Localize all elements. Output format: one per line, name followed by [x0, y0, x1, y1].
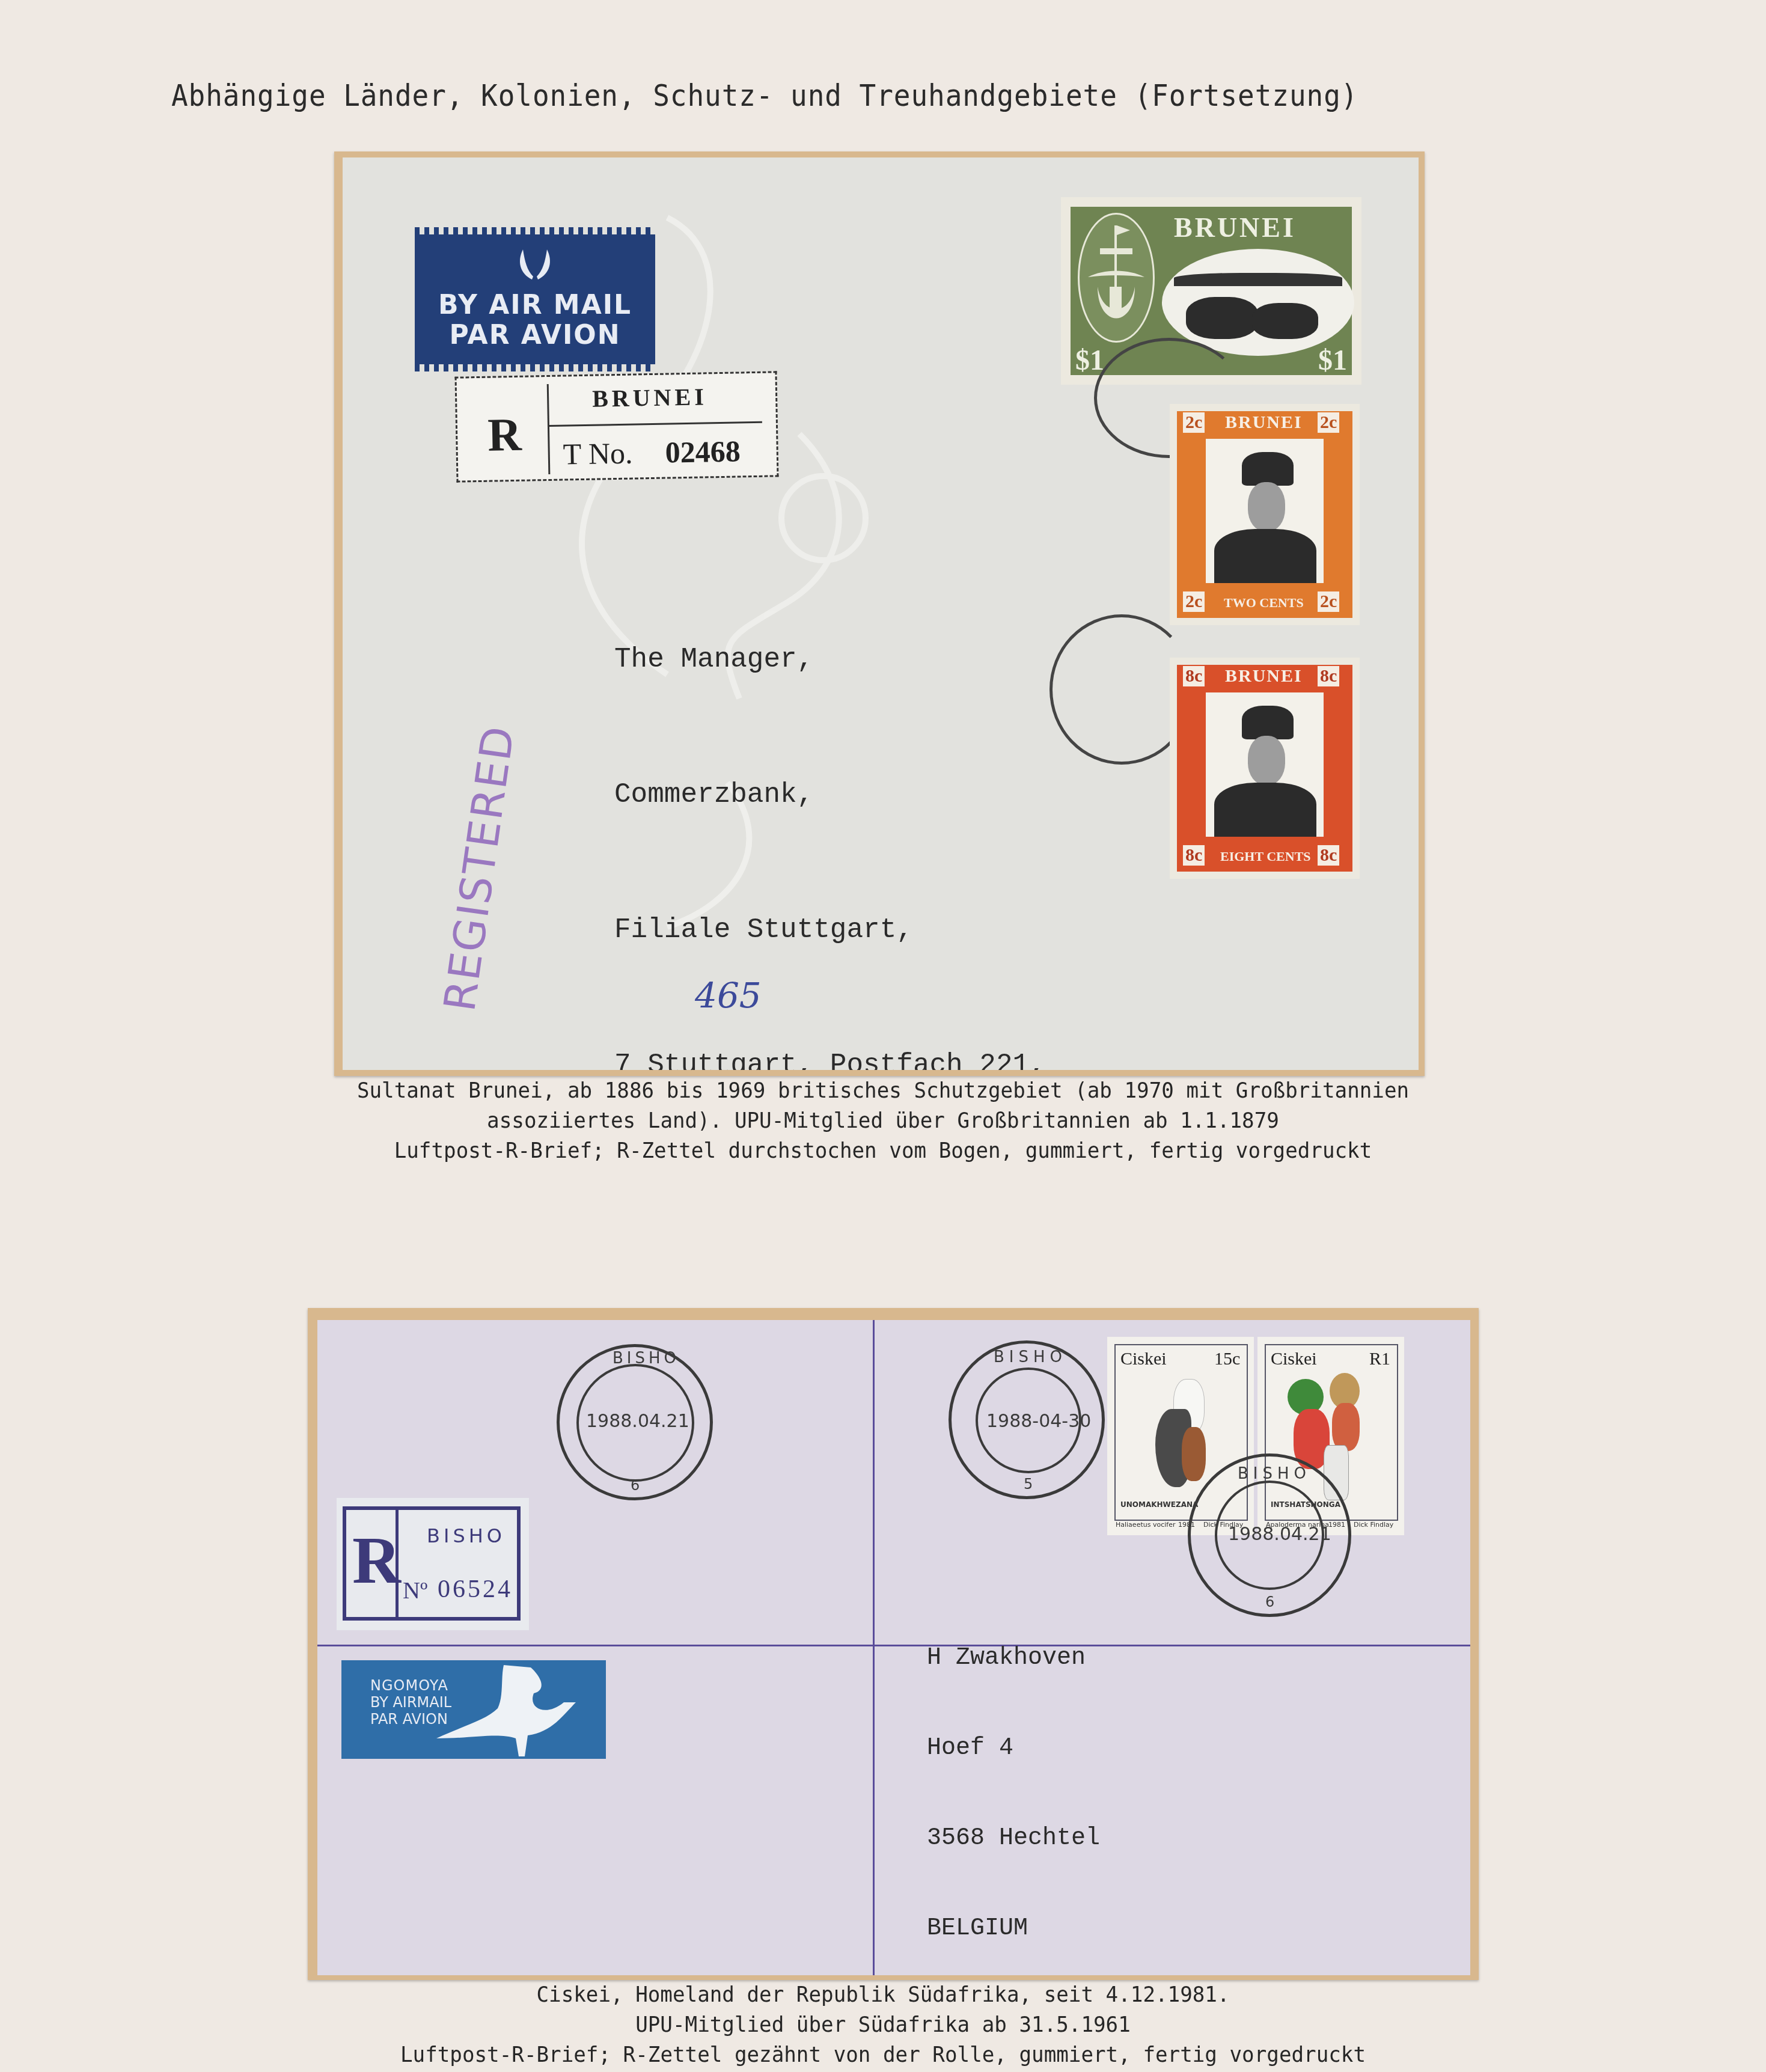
address-line: BELGIUM — [927, 1914, 1100, 1944]
wings-icon — [514, 246, 556, 283]
registration-letter: R — [352, 1522, 401, 1600]
sultan-portrait — [1206, 439, 1324, 583]
caption-line: UPU-Mitglied über Südafrika ab 31.5.1961 — [44, 2010, 1722, 2040]
address-line: H Zwakhoven — [927, 1643, 1100, 1673]
recipient-address: The Manager, Commerzbank, Filiale Stuttg… — [614, 547, 1046, 1070]
postmark-town: BISHO — [613, 1349, 680, 1368]
crest-icon — [1078, 213, 1155, 343]
postmark-bisho-1: BISHO 1988.04.21 6 — [557, 1344, 713, 1500]
recipient-address: H Zwakhoven Hoef 4 3568 Hechtel BELGIUM — [927, 1583, 1100, 1975]
stamp-bird-name: UNOMAKHWEZANA — [1120, 1500, 1198, 1509]
address-line: Commerzbank, — [614, 772, 1046, 817]
registration-office: BRUNEI — [592, 382, 707, 412]
eagle-illustration — [1149, 1379, 1215, 1493]
address-line: Hoef 4 — [927, 1734, 1100, 1764]
pencil-note: 465 — [695, 975, 762, 1016]
stamp-value-tl: 8c — [1183, 666, 1205, 686]
stamp-country: BRUNEI — [1174, 212, 1296, 243]
stamp-country: BRUNEI — [1225, 666, 1303, 686]
stamp-value-left: $1 — [1075, 344, 1104, 377]
registration-office: BISHO — [427, 1524, 506, 1547]
stamp-value-bl: 2c — [1183, 591, 1205, 612]
stamp-value-tr: 2c — [1318, 412, 1339, 433]
postmark-town: BISHO — [994, 1348, 1067, 1366]
registration-number: 02468 — [665, 433, 741, 469]
stamp-artist: Dick Findlay — [1354, 1521, 1393, 1529]
stamp-value-bl: 8c — [1183, 845, 1205, 866]
postmark-bisho-2: BISHO 1988-04-30 5 — [949, 1340, 1105, 1499]
cover-brunei: BY AIR MAIL PAR AVION R BRUNEI T No. 024… — [343, 157, 1419, 1070]
stamp-value-words: TWO CENTS — [1224, 595, 1304, 611]
caption-line: Ciskei, Homeland der Republik Südafrika,… — [44, 1980, 1722, 2010]
stamp-latin: Haliaeetus vocifer — [1116, 1521, 1175, 1529]
address-line: 3568 Hechtel — [927, 1824, 1100, 1854]
caption-line: Sultanat Brunei, ab 1886 bis 1969 britis… — [44, 1076, 1722, 1106]
postmark-date: 1988.04.21 — [586, 1411, 689, 1432]
stamp-value-tr: 8c — [1318, 666, 1339, 686]
registration-prefix: Nº — [403, 1576, 427, 1604]
stamp-value-tl: 2c — [1183, 412, 1205, 433]
postmark-date: 1988-04-30 — [986, 1411, 1091, 1432]
label-rule — [549, 421, 762, 427]
stamp-brunei-2-cents: BRUNEI 2c 2c 2c TWO CENTS 2c — [1170, 404, 1360, 625]
caption-line: Luftpost-R-Brief; R-Zettel durchstochen … — [44, 1136, 1722, 1166]
stamp-country: Ciskei — [1271, 1349, 1317, 1369]
stamp-value: 15c — [1214, 1349, 1240, 1369]
stamp-country: BRUNEI — [1225, 412, 1303, 433]
registration-letter: R — [487, 408, 522, 462]
address-line: Filiale Stuttgart, — [614, 908, 1046, 953]
stamp-value: R1 — [1369, 1349, 1390, 1369]
postmark-date: 1988.04.21 — [1228, 1524, 1331, 1545]
stamp-brunei-8-cents: BRUNEI 8c 8c 8c EIGHT CENTS 8c — [1170, 658, 1360, 879]
postmark-number: 6 — [631, 1477, 640, 1494]
address-line: 7 Stuttgart, Postfach 221, — [614, 1043, 1046, 1070]
airmail-label: BY AIR MAIL PAR AVION — [415, 227, 655, 371]
vertical-rule — [873, 1320, 875, 1975]
cover-ciskei: BISHO 1988.04.21 6 R BISHO Nº 06524 NGOM… — [317, 1320, 1470, 1975]
registration-label: R BRUNEI T No. 02468 — [455, 371, 779, 482]
postmark-town: BISHO — [1238, 1465, 1311, 1483]
caption-line: Luftpost-R-Brief; R-Zettel gezähnt von d… — [44, 2040, 1722, 2070]
address-line: The Manager, — [614, 637, 1046, 682]
stamp-value-br: 8c — [1318, 845, 1339, 866]
stamp-value-br: 2c — [1318, 591, 1339, 612]
caption-brunei: Sultanat Brunei, ab 1886 bis 1969 britis… — [0, 1076, 1766, 1166]
stamp-value-words: EIGHT CENTS — [1220, 849, 1311, 864]
bird-silhouette-icon — [426, 1660, 582, 1759]
horizontal-rule — [317, 1645, 1470, 1646]
registration-prefix: T No. — [563, 436, 633, 472]
postmark-bisho-3: BISHO 1988.04.21 6 — [1188, 1453, 1351, 1617]
label-divider — [547, 384, 551, 474]
airmail-line1: BY AIR MAIL — [415, 290, 655, 320]
registration-number: 06524 — [438, 1575, 513, 1604]
page-heading: Abhängige Länder, Kolonien, Schutz- und … — [171, 78, 1358, 113]
stamp-country: Ciskei — [1120, 1349, 1167, 1369]
sultan-portrait — [1206, 692, 1324, 837]
postmark-number: 5 — [1024, 1476, 1033, 1493]
caption-ciskei: Ciskei, Homeland der Republik Südafrika,… — [0, 1980, 1766, 2070]
registration-label: R BISHO Nº 06524 — [337, 1498, 529, 1630]
stamp-value-right: $1 — [1318, 344, 1347, 377]
airmail-line2: PAR AVION — [415, 320, 655, 350]
caption-line: assoziiertes Land). UPU-Mitglied über Gr… — [44, 1106, 1722, 1136]
airmail-label: NGOMOYA BY AIRMAIL PAR AVION — [341, 1660, 606, 1759]
postmark-number: 6 — [1265, 1594, 1274, 1610]
